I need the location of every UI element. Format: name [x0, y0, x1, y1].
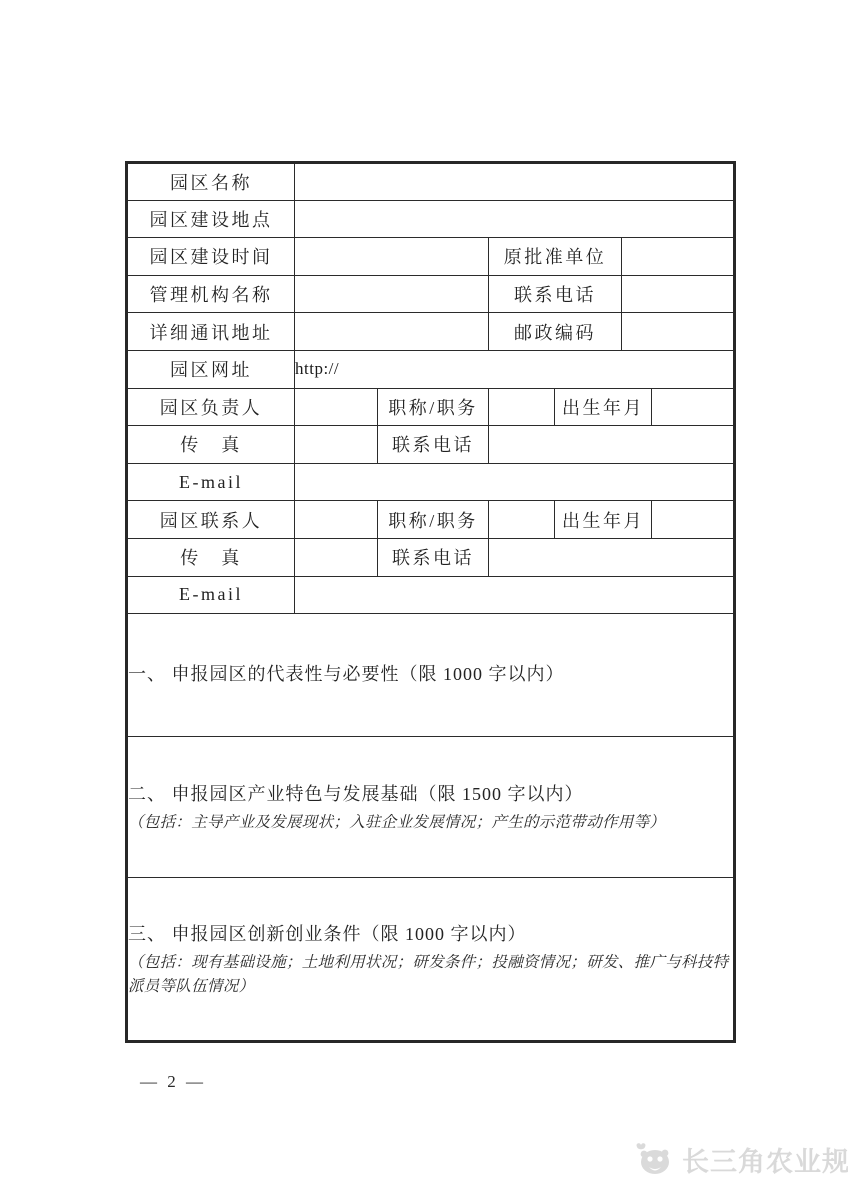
phone-value-cell [489, 538, 735, 576]
section-1-title: 一、 申报园区的代表性与必要性（限 1000 字以内） [128, 660, 733, 686]
email-row: E-mail [127, 463, 735, 501]
section-2-note: （包括：主导产业及发展现状；入驻企业发展情况；产生的示范带动作用等） [128, 811, 733, 834]
contact-person-row: 园区联系人 职称/职务 出生年月 [127, 501, 735, 539]
address-value-cell [295, 313, 489, 351]
title-job-value-cell [489, 501, 555, 539]
section-3-note: （包括：现有基础设施；土地利用状况；研发条件；投融资情况；研发、推广与科技特派员… [128, 951, 733, 998]
phone-label: 联系电话 [378, 426, 489, 464]
build-site-row: 园区建设地点 [127, 200, 735, 238]
approve-unit-label: 原批准单位 [489, 238, 622, 276]
website-label: 园区网址 [127, 350, 295, 388]
fax-label: 传 真 [127, 426, 295, 464]
fax-value-cell [295, 426, 378, 464]
leader-value-cell [295, 388, 378, 426]
address-label: 详细通讯地址 [127, 313, 295, 351]
section-3-cell: 三、 申报园区创新创业条件（限 1000 字以内） （包括：现有基础设施；土地利… [127, 878, 735, 1042]
email-label: E-mail [127, 576, 295, 614]
mgmt-org-row: 管理机构名称 联系电话 [127, 275, 735, 313]
park-name-value-cell [295, 163, 735, 201]
birth-value-cell [652, 501, 735, 539]
approve-unit-value-cell [622, 238, 735, 276]
contact-person-value-cell [295, 501, 378, 539]
park-name-label: 园区名称 [127, 163, 295, 201]
fax-row: 传 真 联系电话 [127, 426, 735, 464]
email-value-cell [295, 576, 735, 614]
brand-watermark: 长三角农业规划 [631, 1140, 848, 1179]
document-page: 园区名称 园区建设地点 园区建设时间 原批准单位 管理机构名称 联系电话 详细通… [0, 0, 848, 1200]
email-row-2: E-mail [127, 576, 735, 614]
birth-label: 出生年月 [555, 388, 652, 426]
email-value-cell [295, 463, 735, 501]
page-number: — 2 — [140, 1072, 206, 1092]
mgmt-org-value-cell [295, 275, 489, 313]
title-job-value-cell [489, 388, 555, 426]
phone-label: 联系电话 [378, 538, 489, 576]
fax-row-2: 传 真 联系电话 [127, 538, 735, 576]
fax-label: 传 真 [127, 538, 295, 576]
brand-text: 长三角农业规划 [682, 1140, 848, 1179]
leader-row: 园区负责人 职称/职务 出生年月 [127, 388, 735, 426]
build-time-value-cell [295, 238, 489, 276]
fax-value-cell [295, 538, 378, 576]
birth-label: 出生年月 [555, 501, 652, 539]
park-name-row: 园区名称 [127, 163, 735, 201]
build-time-label: 园区建设时间 [127, 238, 295, 276]
leader-label: 园区负责人 [127, 388, 295, 426]
section-1-cell: 一、 申报园区的代表性与必要性（限 1000 字以内） [127, 614, 735, 737]
section-2-title: 二、 申报园区产业特色与发展基础（限 1500 字以内） [128, 780, 733, 806]
email-label: E-mail [127, 463, 295, 501]
phone-value-cell [622, 275, 735, 313]
mgmt-org-label: 管理机构名称 [127, 275, 295, 313]
address-row: 详细通讯地址 邮政编码 [127, 313, 735, 351]
postcode-value-cell [622, 313, 735, 351]
title-job-label: 职称/职务 [378, 388, 489, 426]
birth-value-cell [652, 388, 735, 426]
postcode-label: 邮政编码 [489, 313, 622, 351]
section-2-cell: 二、 申报园区产业特色与发展基础（限 1500 字以内） （包括：主导产业及发展… [127, 737, 735, 878]
build-site-label: 园区建设地点 [127, 200, 295, 238]
section-row-2: 二、 申报园区产业特色与发展基础（限 1500 字以内） （包括：主导产业及发展… [127, 737, 735, 878]
website-row: 园区网址 http:// [127, 350, 735, 388]
phone-value-cell [489, 426, 735, 464]
website-value-cell: http:// [295, 350, 735, 388]
phone-label: 联系电话 [489, 275, 622, 313]
application-form-table: 园区名称 园区建设地点 园区建设时间 原批准单位 管理机构名称 联系电话 详细通… [125, 161, 736, 1043]
section-row-1: 一、 申报园区的代表性与必要性（限 1000 字以内） [127, 614, 735, 737]
build-site-value-cell [295, 200, 735, 238]
mascot-icon [631, 1141, 675, 1179]
title-job-label: 职称/职务 [378, 501, 489, 539]
build-time-row: 园区建设时间 原批准单位 [127, 238, 735, 276]
section-3-title: 三、 申报园区创新创业条件（限 1000 字以内） [128, 920, 733, 946]
section-row-3: 三、 申报园区创新创业条件（限 1000 字以内） （包括：现有基础设施；土地利… [127, 878, 735, 1042]
contact-person-label: 园区联系人 [127, 501, 295, 539]
